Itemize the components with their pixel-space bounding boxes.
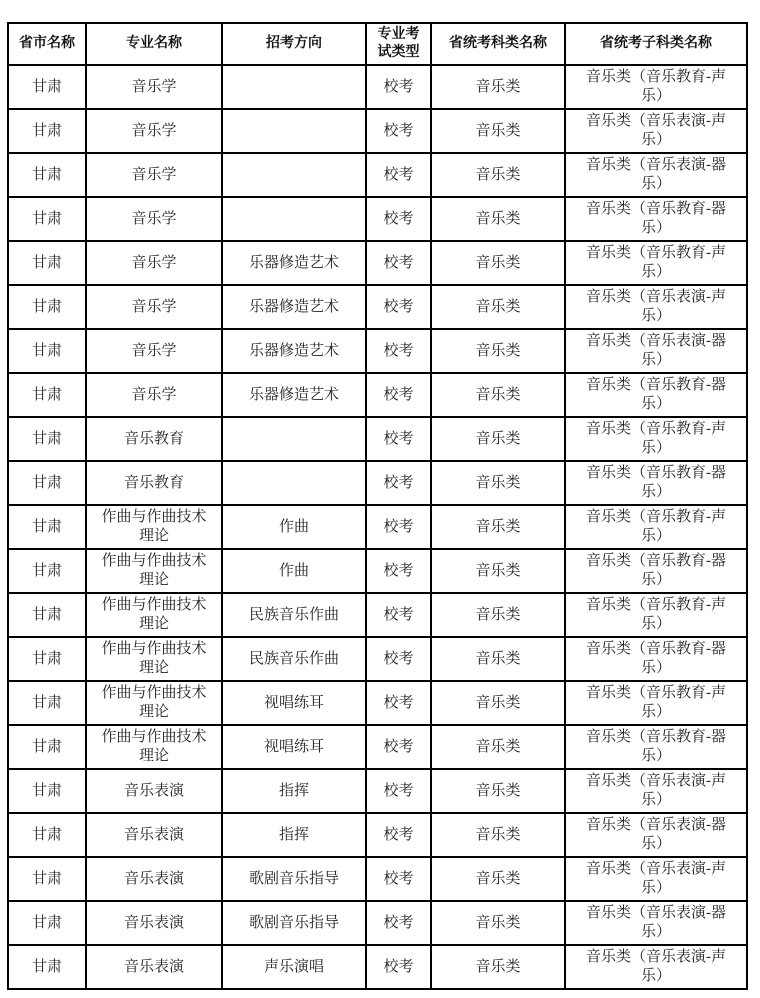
cell-direction bbox=[222, 153, 366, 197]
cell-province: 甘肃 bbox=[8, 461, 86, 505]
cell-exam_type: 校考 bbox=[366, 505, 431, 549]
cell-category: 音乐类 bbox=[431, 373, 565, 417]
cell-major: 音乐学 bbox=[86, 153, 222, 197]
table-row: 甘肃音乐表演指挥校考音乐类音乐类（音乐表演-器乐） bbox=[8, 813, 747, 857]
cell-direction: 视唱练耳 bbox=[222, 681, 366, 725]
cell-major: 作曲与作曲技术理论 bbox=[86, 681, 222, 725]
column-header-major: 专业名称 bbox=[86, 23, 222, 65]
table-row: 甘肃音乐教育校考音乐类音乐类（音乐教育-器乐） bbox=[8, 461, 747, 505]
cell-direction bbox=[222, 461, 366, 505]
cell-direction: 指挥 bbox=[222, 813, 366, 857]
cell-direction: 乐器修造艺术 bbox=[222, 373, 366, 417]
table-row: 甘肃音乐学校考音乐类音乐类（音乐表演-声乐） bbox=[8, 109, 747, 153]
cell-subcategory: 音乐类（音乐教育-声乐） bbox=[565, 681, 747, 725]
table-row: 甘肃音乐学乐器修造艺术校考音乐类音乐类（音乐教育-声乐） bbox=[8, 241, 747, 285]
document-page: 省市名称专业名称招考方向专业考试类型省统考科类名称省统考子科类名称 甘肃音乐学校… bbox=[0, 0, 760, 998]
cell-subcategory: 音乐类（音乐表演-声乐） bbox=[565, 769, 747, 813]
cell-direction: 民族音乐作曲 bbox=[222, 593, 366, 637]
admissions-table: 省市名称专业名称招考方向专业考试类型省统考科类名称省统考子科类名称 甘肃音乐学校… bbox=[7, 22, 748, 990]
cell-major: 音乐学 bbox=[86, 65, 222, 109]
table-row: 甘肃音乐教育校考音乐类音乐类（音乐教育-声乐） bbox=[8, 417, 747, 461]
cell-category: 音乐类 bbox=[431, 109, 565, 153]
cell-category: 音乐类 bbox=[431, 769, 565, 813]
cell-subcategory: 音乐类（音乐教育-器乐） bbox=[565, 461, 747, 505]
table-row: 甘肃作曲与作曲技术理论作曲校考音乐类音乐类（音乐教育-声乐） bbox=[8, 505, 747, 549]
table-row: 甘肃音乐表演指挥校考音乐类音乐类（音乐表演-声乐） bbox=[8, 769, 747, 813]
table-row: 甘肃音乐学乐器修造艺术校考音乐类音乐类（音乐教育-器乐） bbox=[8, 373, 747, 417]
cell-category: 音乐类 bbox=[431, 813, 565, 857]
cell-exam_type: 校考 bbox=[366, 769, 431, 813]
cell-subcategory: 音乐类（音乐教育-声乐） bbox=[565, 65, 747, 109]
cell-subcategory: 音乐类（音乐表演-声乐） bbox=[565, 857, 747, 901]
cell-subcategory: 音乐类（音乐教育-器乐） bbox=[565, 197, 747, 241]
cell-exam_type: 校考 bbox=[366, 945, 431, 989]
cell-exam_type: 校考 bbox=[366, 637, 431, 681]
cell-major: 音乐学 bbox=[86, 329, 222, 373]
table-row: 甘肃音乐学校考音乐类音乐类（音乐教育-器乐） bbox=[8, 197, 747, 241]
cell-category: 音乐类 bbox=[431, 593, 565, 637]
cell-subcategory: 音乐类（音乐教育-器乐） bbox=[565, 373, 747, 417]
table-row: 甘肃音乐学校考音乐类音乐类（音乐教育-声乐） bbox=[8, 65, 747, 109]
cell-major: 音乐学 bbox=[86, 197, 222, 241]
cell-major: 音乐表演 bbox=[86, 901, 222, 945]
cell-category: 音乐类 bbox=[431, 153, 565, 197]
cell-category: 音乐类 bbox=[431, 901, 565, 945]
cell-subcategory: 音乐类（音乐表演-器乐） bbox=[565, 329, 747, 373]
cell-province: 甘肃 bbox=[8, 197, 86, 241]
cell-category: 音乐类 bbox=[431, 65, 565, 109]
cell-subcategory: 音乐类（音乐教育-器乐） bbox=[565, 549, 747, 593]
table-row: 甘肃作曲与作曲技术理论视唱练耳校考音乐类音乐类（音乐教育-声乐） bbox=[8, 681, 747, 725]
table-row: 甘肃作曲与作曲技术理论民族音乐作曲校考音乐类音乐类（音乐教育-声乐） bbox=[8, 593, 747, 637]
cell-subcategory: 音乐类（音乐教育-声乐） bbox=[565, 417, 747, 461]
cell-major: 作曲与作曲技术理论 bbox=[86, 637, 222, 681]
cell-category: 音乐类 bbox=[431, 505, 565, 549]
cell-subcategory: 音乐类（音乐教育-声乐） bbox=[565, 505, 747, 549]
cell-category: 音乐类 bbox=[431, 461, 565, 505]
column-header-category: 省统考科类名称 bbox=[431, 23, 565, 65]
cell-exam_type: 校考 bbox=[366, 109, 431, 153]
cell-major: 作曲与作曲技术理论 bbox=[86, 593, 222, 637]
cell-exam_type: 校考 bbox=[366, 373, 431, 417]
cell-subcategory: 音乐类（音乐教育-声乐） bbox=[565, 241, 747, 285]
column-header-subcategory: 省统考子科类名称 bbox=[565, 23, 747, 65]
cell-exam_type: 校考 bbox=[366, 857, 431, 901]
cell-direction: 乐器修造艺术 bbox=[222, 241, 366, 285]
cell-category: 音乐类 bbox=[431, 681, 565, 725]
cell-province: 甘肃 bbox=[8, 241, 86, 285]
cell-major: 作曲与作曲技术理论 bbox=[86, 725, 222, 769]
cell-province: 甘肃 bbox=[8, 285, 86, 329]
cell-major: 音乐学 bbox=[86, 241, 222, 285]
cell-exam_type: 校考 bbox=[366, 153, 431, 197]
header-row: 省市名称专业名称招考方向专业考试类型省统考科类名称省统考子科类名称 bbox=[8, 23, 747, 65]
cell-province: 甘肃 bbox=[8, 857, 86, 901]
cell-category: 音乐类 bbox=[431, 549, 565, 593]
cell-direction: 作曲 bbox=[222, 505, 366, 549]
cell-province: 甘肃 bbox=[8, 329, 86, 373]
cell-province: 甘肃 bbox=[8, 901, 86, 945]
column-header-province: 省市名称 bbox=[8, 23, 86, 65]
cell-major: 音乐表演 bbox=[86, 813, 222, 857]
cell-category: 音乐类 bbox=[431, 241, 565, 285]
cell-category: 音乐类 bbox=[431, 637, 565, 681]
cell-major: 音乐学 bbox=[86, 285, 222, 329]
cell-province: 甘肃 bbox=[8, 109, 86, 153]
table-row: 甘肃音乐表演歌剧音乐指导校考音乐类音乐类（音乐表演-器乐） bbox=[8, 901, 747, 945]
cell-subcategory: 音乐类（音乐表演-声乐） bbox=[565, 945, 747, 989]
cell-major: 音乐表演 bbox=[86, 769, 222, 813]
cell-direction: 指挥 bbox=[222, 769, 366, 813]
table-row: 甘肃音乐表演声乐演唱校考音乐类音乐类（音乐表演-声乐） bbox=[8, 945, 747, 989]
cell-category: 音乐类 bbox=[431, 417, 565, 461]
cell-direction: 歌剧音乐指导 bbox=[222, 857, 366, 901]
cell-major: 作曲与作曲技术理论 bbox=[86, 505, 222, 549]
table-row: 甘肃音乐学乐器修造艺术校考音乐类音乐类（音乐表演-器乐） bbox=[8, 329, 747, 373]
cell-province: 甘肃 bbox=[8, 945, 86, 989]
cell-direction bbox=[222, 65, 366, 109]
cell-category: 音乐类 bbox=[431, 197, 565, 241]
cell-province: 甘肃 bbox=[8, 725, 86, 769]
cell-direction: 作曲 bbox=[222, 549, 366, 593]
cell-subcategory: 音乐类（音乐教育-器乐） bbox=[565, 637, 747, 681]
cell-province: 甘肃 bbox=[8, 505, 86, 549]
cell-major: 音乐表演 bbox=[86, 945, 222, 989]
cell-province: 甘肃 bbox=[8, 417, 86, 461]
cell-exam_type: 校考 bbox=[366, 197, 431, 241]
cell-category: 音乐类 bbox=[431, 857, 565, 901]
cell-exam_type: 校考 bbox=[366, 593, 431, 637]
cell-subcategory: 音乐类（音乐表演-声乐） bbox=[565, 109, 747, 153]
table-row: 甘肃音乐学校考音乐类音乐类（音乐表演-器乐） bbox=[8, 153, 747, 197]
cell-direction: 乐器修造艺术 bbox=[222, 329, 366, 373]
cell-category: 音乐类 bbox=[431, 725, 565, 769]
column-header-exam_type: 专业考试类型 bbox=[366, 23, 431, 65]
column-header-direction: 招考方向 bbox=[222, 23, 366, 65]
cell-major: 作曲与作曲技术理论 bbox=[86, 549, 222, 593]
cell-major: 音乐教育 bbox=[86, 417, 222, 461]
cell-exam_type: 校考 bbox=[366, 813, 431, 857]
cell-direction: 视唱练耳 bbox=[222, 725, 366, 769]
cell-province: 甘肃 bbox=[8, 65, 86, 109]
cell-exam_type: 校考 bbox=[366, 417, 431, 461]
cell-province: 甘肃 bbox=[8, 373, 86, 417]
cell-category: 音乐类 bbox=[431, 329, 565, 373]
table-row: 甘肃音乐表演歌剧音乐指导校考音乐类音乐类（音乐表演-声乐） bbox=[8, 857, 747, 901]
cell-exam_type: 校考 bbox=[366, 241, 431, 285]
cell-exam_type: 校考 bbox=[366, 681, 431, 725]
table-row: 甘肃作曲与作曲技术理论民族音乐作曲校考音乐类音乐类（音乐教育-器乐） bbox=[8, 637, 747, 681]
cell-province: 甘肃 bbox=[8, 813, 86, 857]
cell-category: 音乐类 bbox=[431, 285, 565, 329]
cell-direction: 声乐演唱 bbox=[222, 945, 366, 989]
cell-major: 音乐教育 bbox=[86, 461, 222, 505]
cell-subcategory: 音乐类（音乐表演-器乐） bbox=[565, 813, 747, 857]
cell-direction: 歌剧音乐指导 bbox=[222, 901, 366, 945]
cell-direction bbox=[222, 109, 366, 153]
cell-province: 甘肃 bbox=[8, 769, 86, 813]
cell-exam_type: 校考 bbox=[366, 285, 431, 329]
cell-direction bbox=[222, 417, 366, 461]
cell-exam_type: 校考 bbox=[366, 65, 431, 109]
cell-subcategory: 音乐类（音乐教育-声乐） bbox=[565, 593, 747, 637]
cell-subcategory: 音乐类（音乐表演-声乐） bbox=[565, 285, 747, 329]
cell-direction: 乐器修造艺术 bbox=[222, 285, 366, 329]
table-row: 甘肃作曲与作曲技术理论作曲校考音乐类音乐类（音乐教育-器乐） bbox=[8, 549, 747, 593]
cell-exam_type: 校考 bbox=[366, 329, 431, 373]
cell-subcategory: 音乐类（音乐教育-器乐） bbox=[565, 725, 747, 769]
cell-subcategory: 音乐类（音乐表演-器乐） bbox=[565, 153, 747, 197]
cell-major: 音乐表演 bbox=[86, 857, 222, 901]
cell-province: 甘肃 bbox=[8, 153, 86, 197]
cell-exam_type: 校考 bbox=[366, 549, 431, 593]
cell-exam_type: 校考 bbox=[366, 901, 431, 945]
cell-exam_type: 校考 bbox=[366, 725, 431, 769]
table-body: 甘肃音乐学校考音乐类音乐类（音乐教育-声乐）甘肃音乐学校考音乐类音乐类（音乐表演… bbox=[8, 65, 747, 989]
cell-subcategory: 音乐类（音乐表演-器乐） bbox=[565, 901, 747, 945]
cell-exam_type: 校考 bbox=[366, 461, 431, 505]
cell-province: 甘肃 bbox=[8, 637, 86, 681]
table-row: 甘肃作曲与作曲技术理论视唱练耳校考音乐类音乐类（音乐教育-器乐） bbox=[8, 725, 747, 769]
cell-province: 甘肃 bbox=[8, 549, 86, 593]
cell-direction: 民族音乐作曲 bbox=[222, 637, 366, 681]
cell-province: 甘肃 bbox=[8, 681, 86, 725]
cell-direction bbox=[222, 197, 366, 241]
table-row: 甘肃音乐学乐器修造艺术校考音乐类音乐类（音乐表演-声乐） bbox=[8, 285, 747, 329]
cell-category: 音乐类 bbox=[431, 945, 565, 989]
cell-major: 音乐学 bbox=[86, 109, 222, 153]
cell-major: 音乐学 bbox=[86, 373, 222, 417]
cell-province: 甘肃 bbox=[8, 593, 86, 637]
table-header: 省市名称专业名称招考方向专业考试类型省统考科类名称省统考子科类名称 bbox=[8, 23, 747, 65]
